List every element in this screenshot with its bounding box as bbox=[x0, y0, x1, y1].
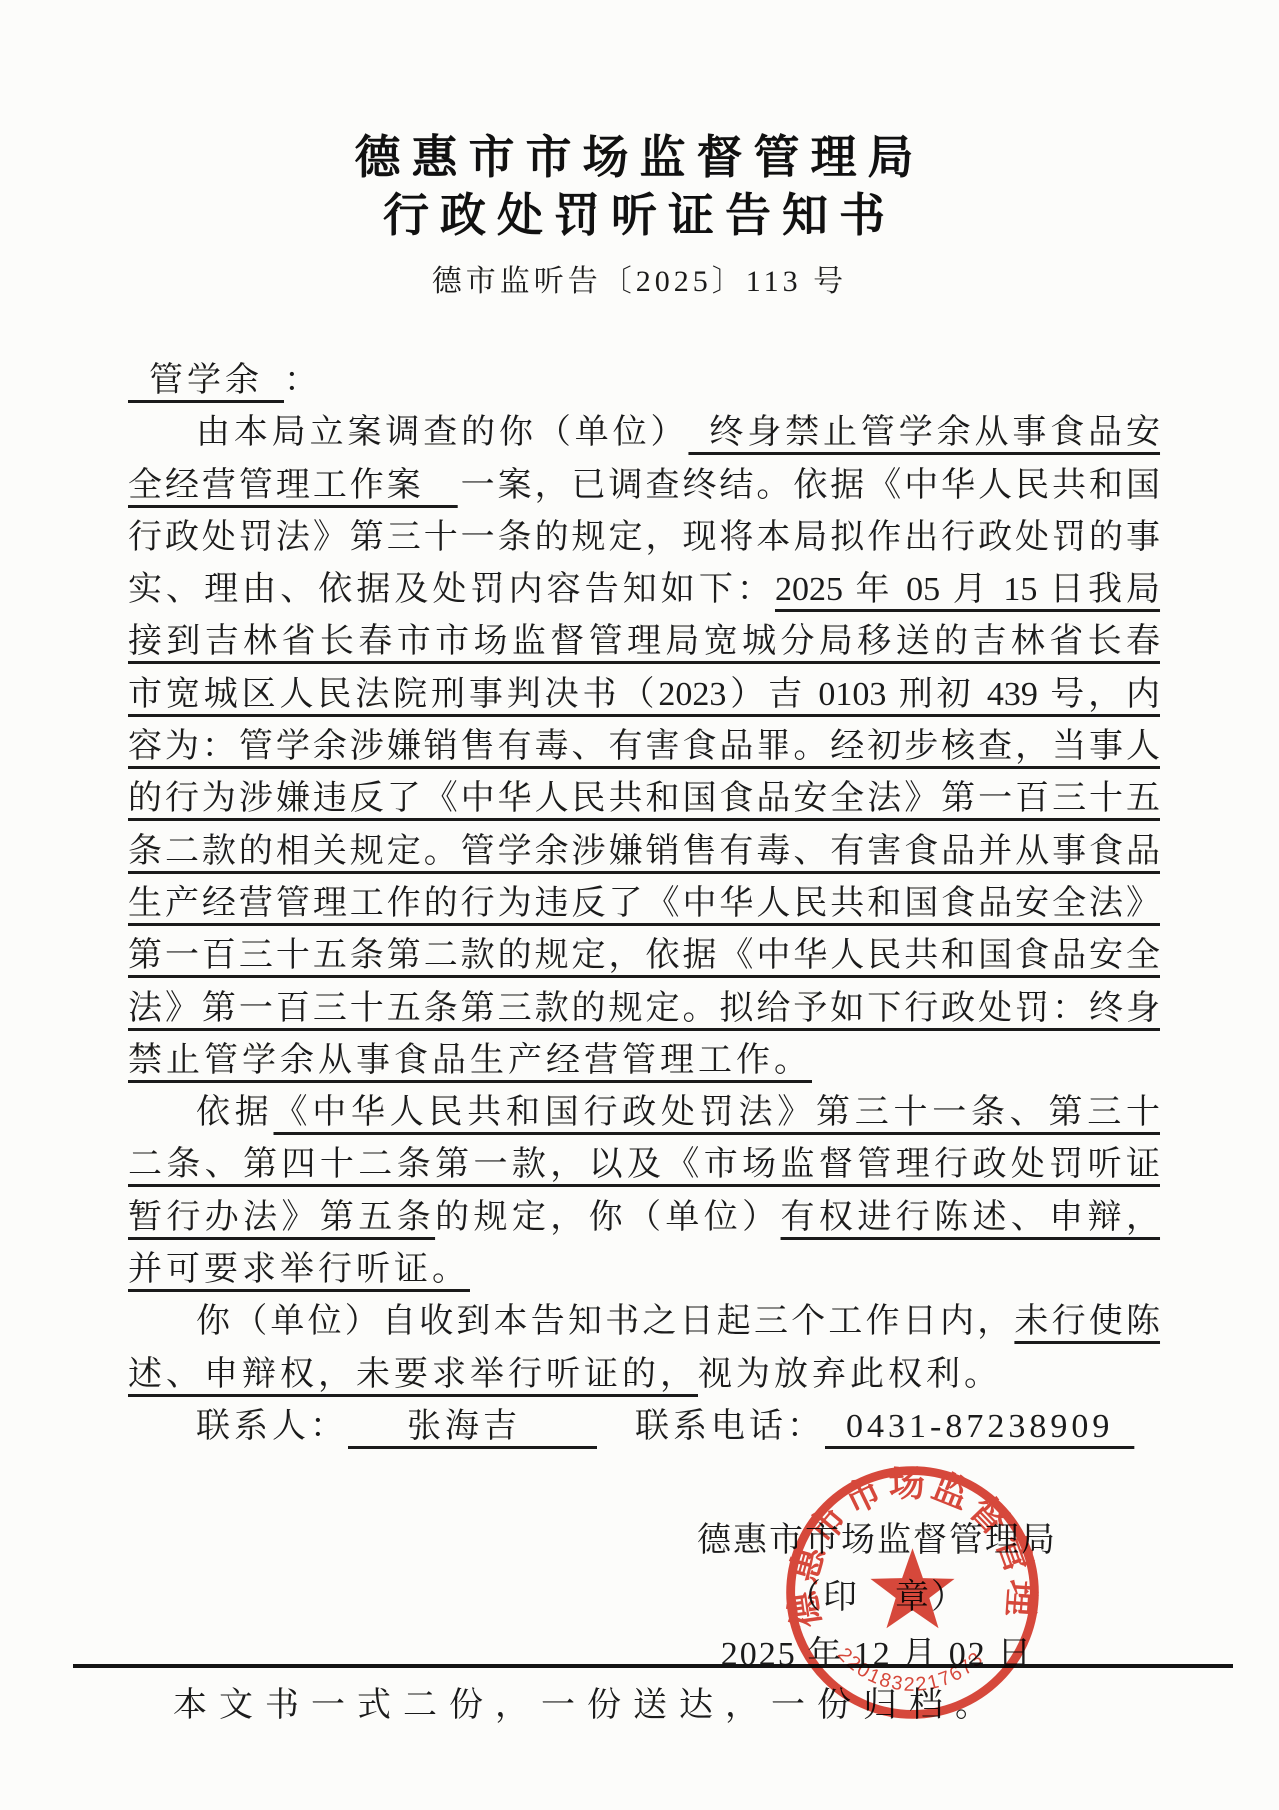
body-line: 你（单位）自收到本告知书之日起三个工作日内，未行使陈 bbox=[128, 1296, 1160, 1348]
body-line: 第一百三十五条第二款的规定，依据《中华人民共和国食品安全 bbox=[128, 930, 1160, 982]
body-line: 全经营管理工作案 一案，已调查终结。依据《中华人民共和国 bbox=[128, 460, 1160, 512]
underlined-text: 暂行办法》第五条 bbox=[128, 1199, 435, 1236]
underlined-text: 张海吉 bbox=[348, 1408, 597, 1445]
body-line: 的行为涉嫌违反了《中华人民共和国食品安全法》第一百三十五 bbox=[128, 773, 1160, 825]
underlined-text: 终身禁止管学余从事食品安 bbox=[688, 414, 1160, 451]
body-text: 联系电话： bbox=[635, 1408, 825, 1445]
body-text: 联系人： bbox=[196, 1408, 348, 1445]
title-line-2: 行政处罚听证告知书 bbox=[0, 186, 1279, 244]
underlined-text: 管学余 bbox=[128, 362, 284, 399]
body-text: 你（单位）自收到本告知书之日起三个工作日内， bbox=[196, 1303, 1014, 1340]
document-page: 德惠市市场监督管理局 行政处罚听证告知书 德市监听告〔2025〕113 号 管学… bbox=[0, 0, 1279, 1810]
body-text bbox=[597, 1408, 635, 1445]
body-text: 实、理由、依据及处罚内容告知如下： bbox=[128, 571, 775, 608]
body-line: 管学余 ： bbox=[128, 355, 1160, 407]
body-text: ： bbox=[284, 362, 322, 399]
body-line: 容为：管学余涉嫌销售有毒、有害食品罪。经初步核查，当事人 bbox=[128, 721, 1160, 773]
underlined-text: 容为：管学余涉嫌销售有毒、有害食品罪。经初步核查，当事人 bbox=[128, 728, 1160, 765]
underlined-text: 有权进行陈述、申辩， bbox=[781, 1199, 1160, 1236]
underlined-text: 的行为涉嫌违反了《中华人民共和国食品安全法》第一百三十五 bbox=[128, 780, 1160, 817]
underlined-text: 禁止管学余从事食品生产经营管理工作。 bbox=[128, 1042, 812, 1079]
underlined-text: 《中华人民共和国行政处罚法》第三十一条、第三十 bbox=[274, 1094, 1161, 1131]
body-line: 法》第一百三十五条第三款的规定。拟给予如下行政处罚：终身 bbox=[128, 983, 1160, 1035]
body-line: 实、理由、依据及处罚内容告知如下：2025 年 05 月 15 日我局 bbox=[128, 564, 1160, 616]
underlined-text: 市宽城区人民法院刑事判决书（2023）吉 0103 刑初 439 号，内 bbox=[128, 676, 1160, 713]
body-line: 暂行办法》第五条的规定，你（单位）有权进行陈述、申辩， bbox=[128, 1192, 1160, 1244]
seal-code: 2201832217673 bbox=[833, 1644, 988, 1696]
underlined-text: 并可要求举行听证。 bbox=[128, 1251, 470, 1288]
underlined-text: 0431-87238909 bbox=[825, 1408, 1134, 1445]
underlined-text: 二条、第四十二条第一款，以及《市场监督管理行政处罚听证 bbox=[128, 1146, 1160, 1183]
underlined-text: 述、申辩权，未要求举行听证的， bbox=[128, 1356, 698, 1393]
underlined-text: 全经营管理工作案 bbox=[128, 467, 458, 504]
underlined-text: 条二款的相关规定。管学余涉嫌销售有毒、有害食品并从事食品 bbox=[128, 833, 1160, 870]
body-line: 并可要求举行听证。 bbox=[128, 1244, 1160, 1296]
title-line-1: 德惠市市场监督管理局 bbox=[0, 128, 1279, 186]
body-text: 的规定，你（单位） bbox=[435, 1199, 780, 1236]
document-number: 德市监听告〔2025〕113 号 bbox=[0, 256, 1279, 300]
body-text: 行政处罚法》第三十一条的规定，现将本局拟作出行政处罚的事 bbox=[128, 519, 1160, 556]
body-line: 市宽城区人民法院刑事判决书（2023）吉 0103 刑初 439 号，内 bbox=[128, 669, 1160, 721]
body-text: 依据 bbox=[196, 1094, 274, 1131]
body-line: 接到吉林省长春市市场监督管理局宽城分局移送的吉林省长春 bbox=[128, 616, 1160, 668]
body-text: 视为放弃此权利。 bbox=[698, 1356, 1002, 1393]
underlined-text: 生产经营管理工作的行为违反了《中华人民共和国食品安全法》 bbox=[128, 885, 1160, 922]
body-line: 由本局立案调查的你（单位） 终身禁止管学余从事食品安 bbox=[128, 407, 1160, 459]
seal-star-icon bbox=[870, 1548, 954, 1628]
body-lines: 管学余 ：由本局立案调查的你（单位） 终身禁止管学余从事食品安全经营管理工作案 … bbox=[128, 355, 1160, 1453]
underlined-text: 接到吉林省长春市市场监督管理局宽城分局移送的吉林省长春 bbox=[128, 623, 1160, 660]
body-line: 条二款的相关规定。管学余涉嫌销售有毒、有害食品并从事食品 bbox=[128, 826, 1160, 878]
body-line: 依据《中华人民共和国行政处罚法》第三十一条、第三十 bbox=[128, 1087, 1160, 1139]
body-line: 禁止管学余从事食品生产经营管理工作。 bbox=[128, 1035, 1160, 1087]
seal-code-holder: 2201832217673 bbox=[833, 1644, 988, 1696]
underlined-text: 第一百三十五条第二款的规定，依据《中华人民共和国食品安全 bbox=[128, 937, 1160, 974]
underlined-text: 法》第一百三十五条第三款的规定。拟给予如下行政处罚：终身 bbox=[128, 990, 1160, 1027]
body-line: 述、申辩权，未要求举行听证的，视为放弃此权利。 bbox=[128, 1349, 1160, 1401]
body-line: 生产经营管理工作的行为违反了《中华人民共和国食品安全法》 bbox=[128, 878, 1160, 930]
official-seal-stamp: 德惠市市场监督管理局 2201832217673 bbox=[770, 1450, 1055, 1735]
underlined-text: 未行使陈 bbox=[1014, 1303, 1160, 1340]
document-title: 德惠市市场监督管理局 行政处罚听证告知书 bbox=[0, 128, 1279, 244]
underlined-text: 2025 年 05 月 15 日我局 bbox=[775, 571, 1160, 608]
body-line: 二条、第四十二条第一款，以及《市场监督管理行政处罚听证 bbox=[128, 1139, 1160, 1191]
body-text: 一案，已调查终结。依据《中华人民共和国 bbox=[458, 467, 1160, 504]
body-line: 联系人： 张海吉 联系电话： 0431-87238909 bbox=[128, 1401, 1160, 1453]
body-line: 行政处罚法》第三十一条的规定，现将本局拟作出行政处罚的事 bbox=[128, 512, 1160, 564]
body-text: 由本局立案调查的你（单位） bbox=[196, 414, 688, 451]
footer-divider bbox=[73, 1664, 1233, 1668]
